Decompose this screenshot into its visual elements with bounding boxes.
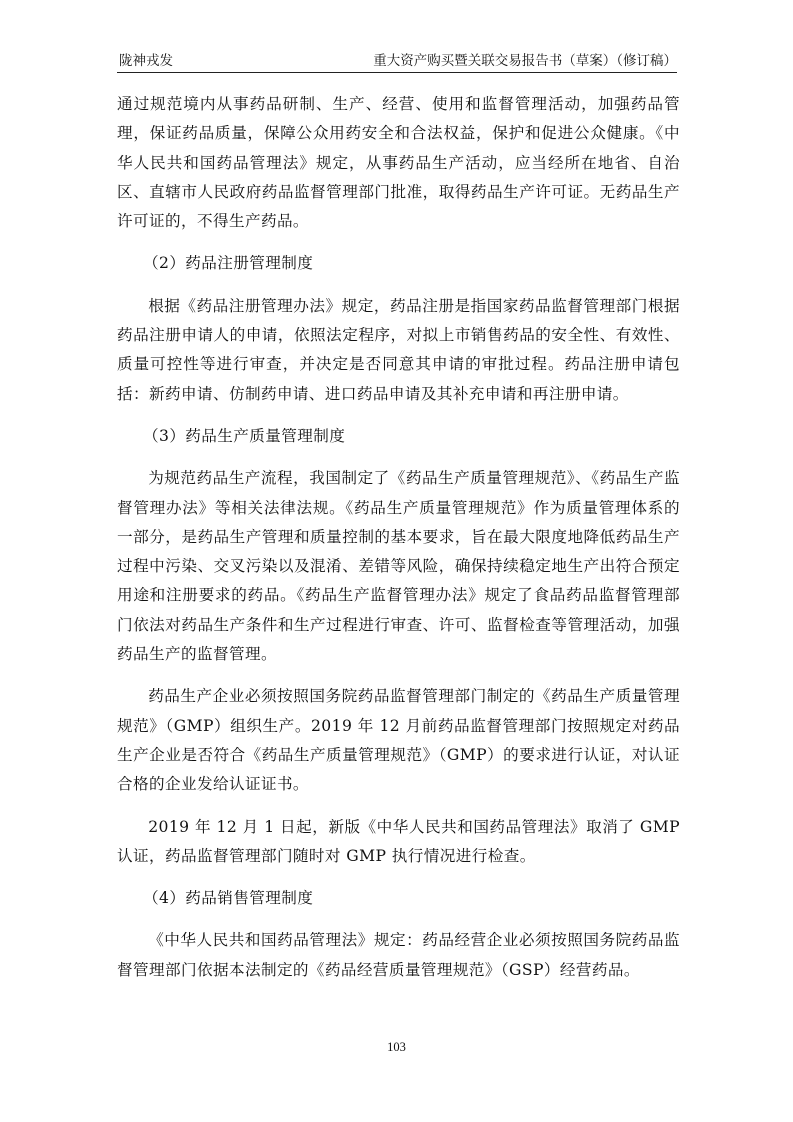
header-document-title: 重大资产购买暨关联交易报告书（草案）（修订稿）: [373, 52, 677, 70]
paragraph-drug-administration-law: 通过规范境内从事药品研制、生产、经营、使用和监督管理活动，加强药品管理，保证药品…: [117, 90, 680, 236]
paragraph-gmp-requirement: 药品生产企业必须按照国务院药品监督管理部门制定的《药品生产质量管理规范》（GMP…: [117, 682, 680, 799]
section-heading-production-quality: （3）药品生产质量管理制度: [117, 422, 680, 451]
header-company-name: 陇神戎发: [119, 52, 173, 70]
page-header: 陇神戎发 重大资产购买暨关联交易报告书（草案）（修订稿）: [117, 50, 677, 73]
document-body: 通过规范境内从事药品研制、生产、经营、使用和监督管理活动，加强药品管理，保证药品…: [117, 90, 680, 998]
paragraph-drug-registration: 根据《药品注册管理办法》规定，药品注册是指国家药品监督管理部门根据药品注册申请人…: [117, 292, 680, 409]
paragraph-gmp-cancellation: 2019 年 12 月 1 日起，新版《中华人民共和国药品管理法》取消了 GMP…: [117, 813, 680, 872]
section-heading-drug-sales: （4）药品销售管理制度: [117, 884, 680, 913]
section-heading-drug-registration: （2）药品注册管理制度: [117, 249, 680, 278]
paragraph-production-quality: 为规范药品生产流程，我国制定了《药品生产质量管理规范》、《药品生产监督管理办法》…: [117, 464, 680, 669]
paragraph-gsp-requirement: 《中华人民共和国药品管理法》规定：药品经营企业必须按照国务院药品监督管理部门依据…: [117, 926, 680, 985]
page-number: 103: [0, 1040, 793, 1055]
